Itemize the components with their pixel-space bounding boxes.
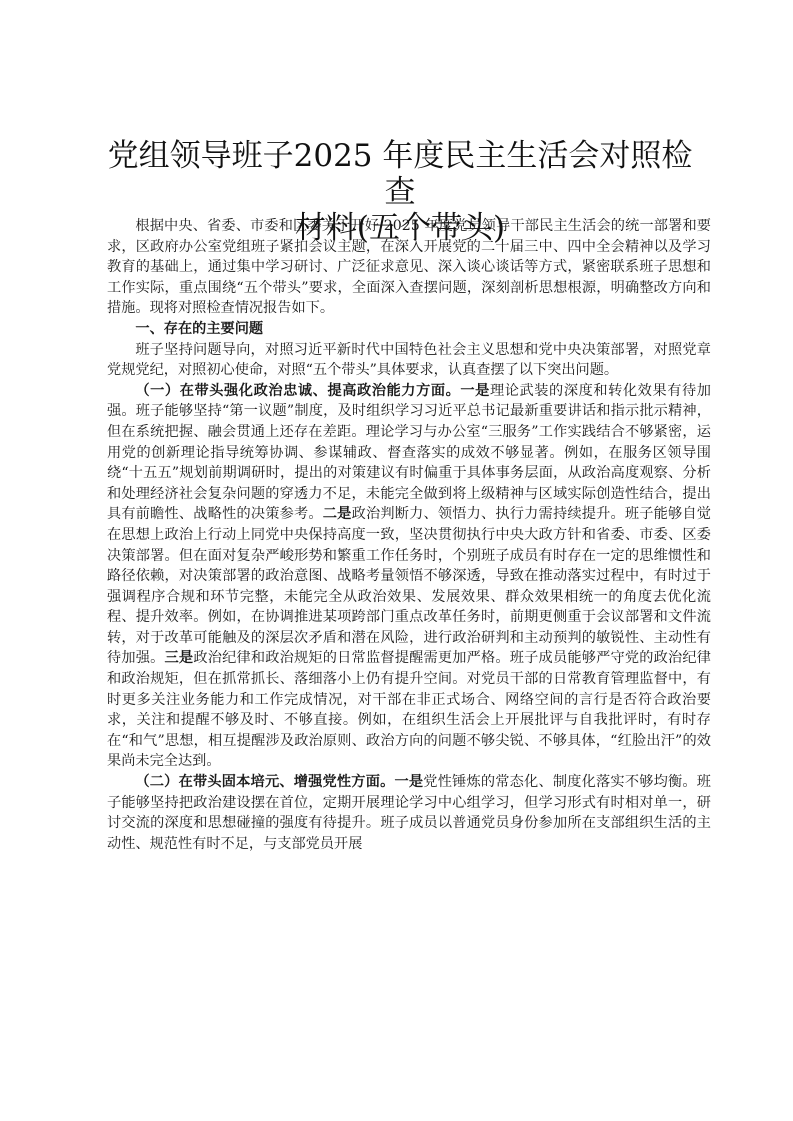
item-1-heading: （一）在带头强化政治忠诚、提高政治能力方面。 <box>135 383 460 399</box>
item-2-point-1-label: 一是 <box>395 774 424 790</box>
item-2-heading: （二）在带头固本培元、增强党性方面。 <box>135 774 394 790</box>
item-1-paragraph: （一）在带头强化政治忠诚、提高政治能力方面。一是理论武装的深度和转化效果有待加强… <box>107 381 711 772</box>
item-1-point-3-text: 政治纪律和政治规矩的日常监督提醒需更加严格。班子成员能够严守党的政治纪律和政治规… <box>107 650 711 769</box>
item-1-point-2-label: 二是 <box>323 506 352 522</box>
section-heading-problems: 一、存在的主要问题 <box>107 319 711 340</box>
item-1-point-3-label: 三是 <box>165 650 194 666</box>
intro-paragraph: 根据中央、省委、市委和区委关于开好 2025 年度党员领导干部民主生活会的统一部… <box>107 216 711 319</box>
document-page: 党组领导班子2025 年度民主生活会对照检查 材料(五个带头) 根据中央、省委、… <box>0 0 793 1121</box>
item-1-point-1-text: 理论武装的深度和转化效果有待加强。班子能够坚持“第一议题”制度，及时组织学习习近… <box>107 383 711 523</box>
document-body: 根据中央、省委、市委和区委关于开好 2025 年度党员领导干部民主生活会的统一部… <box>107 216 711 854</box>
item-1-point-2-text: 政治判断力、领悟力、执行力需持续提升。班子能够自觉在思想上政治上行动上同党中央保… <box>107 506 711 666</box>
title-line-1: 党组领导班子2025 年度民主生活会对照检查 <box>108 138 693 210</box>
item-1-point-1-label: 一是 <box>460 383 490 399</box>
item-2-paragraph: （二）在带头固本培元、增强党性方面。一是党性锤炼的常态化、制度化落实不够均衡。班… <box>107 772 711 854</box>
section-intro-paragraph: 班子坚持问题导向，对照习近平新时代中国特色社会主义思想和党中央决策部署，对照党章… <box>107 340 711 381</box>
